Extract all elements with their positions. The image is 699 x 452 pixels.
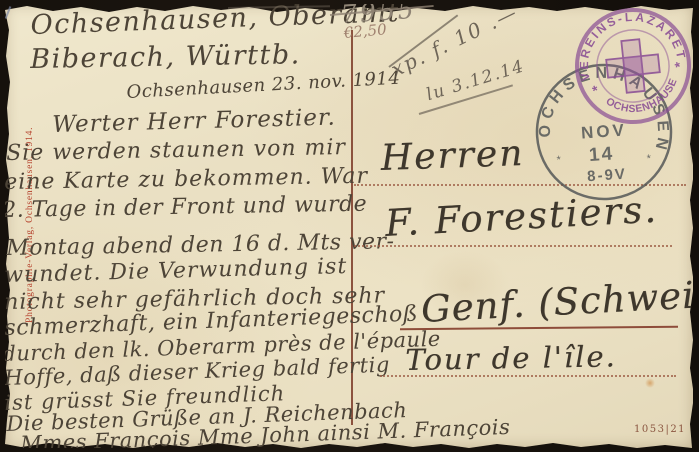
sender-line-2: Biberach, Württb. bbox=[30, 39, 301, 75]
postmark-star-left-icon: * bbox=[556, 154, 562, 166]
address-line-4: Tour de l'île. bbox=[405, 339, 617, 377]
red-cross-star-right-icon: * bbox=[673, 58, 683, 75]
postmark-star-right-icon: * bbox=[646, 153, 652, 165]
letter-line: 2. Tage in der Front und wurde bbox=[2, 192, 367, 223]
corner-pen-mark bbox=[5, 6, 12, 19]
svg-text:OCHSENHAUSEN: OCHSENHAUSEN bbox=[532, 60, 673, 165]
postmark-stamp: OCHSENHAUSEN * * NOV 14 8-9V bbox=[532, 60, 676, 204]
pencil-note-lower: lu 3.12.14 bbox=[424, 56, 527, 105]
address-line-2: F. Forestiers. bbox=[384, 188, 659, 245]
postmark-day: 14 bbox=[588, 143, 615, 166]
plate-number: 1053|21 bbox=[634, 424, 686, 435]
dateline: Ochsenhausen 23. nov. 1914 bbox=[126, 68, 401, 103]
address-rule-1 bbox=[354, 184, 686, 186]
postmark-time: 8-9V bbox=[587, 166, 628, 186]
address-line-1: Herren bbox=[380, 133, 525, 179]
letter-line: Sie werden staunen von mir bbox=[6, 135, 346, 166]
postmark-month: NOV bbox=[580, 120, 627, 142]
letter-line: eine Karte zu bekommen. War bbox=[4, 164, 368, 195]
rust-stain bbox=[645, 378, 655, 388]
address-rule-2 bbox=[354, 245, 672, 247]
pencil-price: €2,50 bbox=[343, 20, 387, 42]
letter-salutation: Werter Herr Forestier. bbox=[52, 105, 336, 138]
postmark-ring-text: OCHSENHAUSEN bbox=[532, 60, 673, 165]
red-cross-icon bbox=[604, 37, 661, 94]
red-cross-star-left-icon: * bbox=[590, 82, 600, 99]
postcard-content: Photographie-Verlag, Ochsenhausen. 1914.… bbox=[0, 0, 699, 452]
postcard-scan: Photographie-Verlag, Ochsenhausen. 1914.… bbox=[0, 0, 699, 452]
